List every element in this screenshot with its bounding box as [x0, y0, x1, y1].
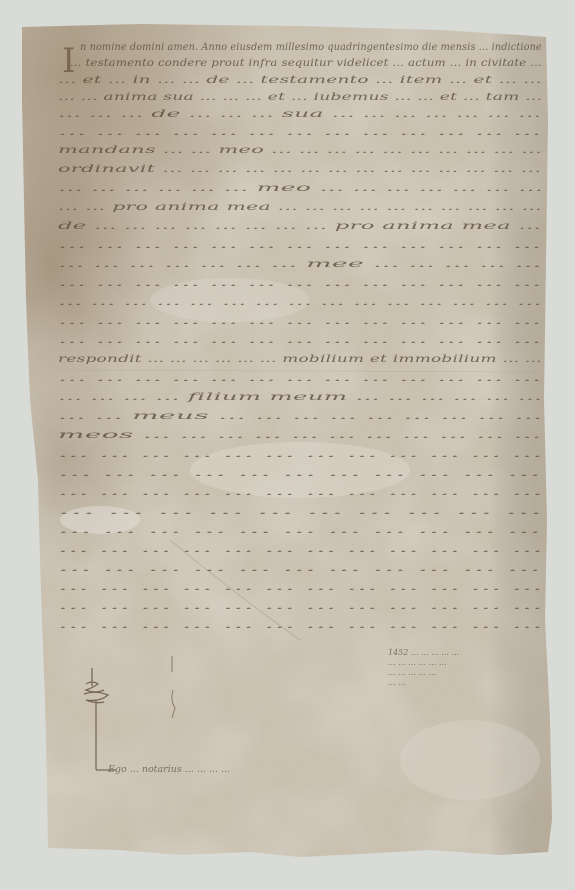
text-line: de ... ... ... ... ... ... ... ... pro a… — [58, 221, 541, 232]
text-line: ... ... ... ... filium meum ... ... ... … — [58, 392, 542, 403]
text-line: ... ... ... ... ... ... ... ... ... ... … — [58, 316, 541, 327]
note-line: ... ... — [388, 678, 528, 688]
text-line: ... ... ... ... ... ... ... ... ... ... … — [58, 620, 543, 631]
text-line: ... ... ... ... ... ... ... ... ... ... … — [58, 582, 543, 593]
note-line: ... ... ... ... ... ... — [388, 658, 528, 668]
text-line: ... ... ... ... ... ... meo ... ... ... … — [58, 183, 543, 194]
text-line: ... ... ... ... ... ... ... ... ... ... … — [58, 335, 541, 346]
text-line: ... ... ... ... ... ... ... ... ... ... … — [58, 487, 543, 498]
text-line: ... ... ... ... ... ... ... mee ... ... … — [58, 259, 542, 270]
text-line: ... ... ... ... ... ... ... ... ... ... … — [58, 297, 542, 308]
text-line: ... et ... in ... ... de ... testamento … — [58, 75, 542, 86]
text-line: ... ... ... ... ... ... ... ... ... ... … — [58, 468, 541, 479]
text-line: ... ... ... ... ... ... ... ... ... ... … — [58, 278, 541, 289]
text-line: meos ... ... ... ... ... ... ... ... ...… — [58, 430, 541, 441]
text-line: ... ... ... ... ... ... ... ... ... ... … — [58, 449, 543, 460]
text-line: ... ... ... ... ... ... ... ... ... ... … — [58, 563, 541, 574]
text-line: ... testamento condere prout infra sequi… — [70, 58, 542, 69]
text-line: respondit ... ... ... ... ... ... mobili… — [58, 354, 542, 365]
text-line: ... ... ... ... ... ... ... ... ... ... … — [58, 601, 543, 612]
marginal-note: 1452 ... ... ... ... ... ... ... ... ...… — [388, 648, 528, 688]
text-line: ... ... ... ... ... ... ... ... ... ... … — [58, 373, 541, 384]
text-line: ... ... ... de ... ... ... sua ... ... .… — [58, 109, 541, 120]
text-line: ordinavit ... ... ... ... ... ... ... ..… — [58, 164, 541, 175]
note-line: 1452 ... ... ... ... ... — [388, 648, 528, 658]
text-line: mandans ... ... meo ... ... ... ... ... … — [58, 145, 542, 156]
text-line: ... ... pro anima mea ... ... ... ... ..… — [58, 202, 542, 213]
text-line: ... ... ... ... ... ... ... ... ... ... … — [58, 525, 541, 536]
text-line: ... ... ... ... ... ... ... ... ... ... — [58, 506, 543, 517]
text-line: ... ... meus ... ... ... ... ... ... ...… — [58, 411, 542, 422]
notary-subscription: Ego ... notarius ... ... ... ... — [108, 764, 230, 775]
text-line: ... ... ... ... ... ... ... ... ... ... … — [58, 544, 543, 555]
text-line: n nomine domini amen. Anno eiusdem mille… — [80, 42, 542, 53]
text-line: ... ... anima sua ... ... ... et ... iub… — [58, 92, 542, 103]
text-line: ... ... ... ... ... ... ... ... ... ... … — [58, 240, 541, 251]
text-line: ... ... ... ... ... ... ... ... ... ... … — [58, 127, 541, 138]
note-line: ... ... ... ... ... — [388, 668, 528, 678]
